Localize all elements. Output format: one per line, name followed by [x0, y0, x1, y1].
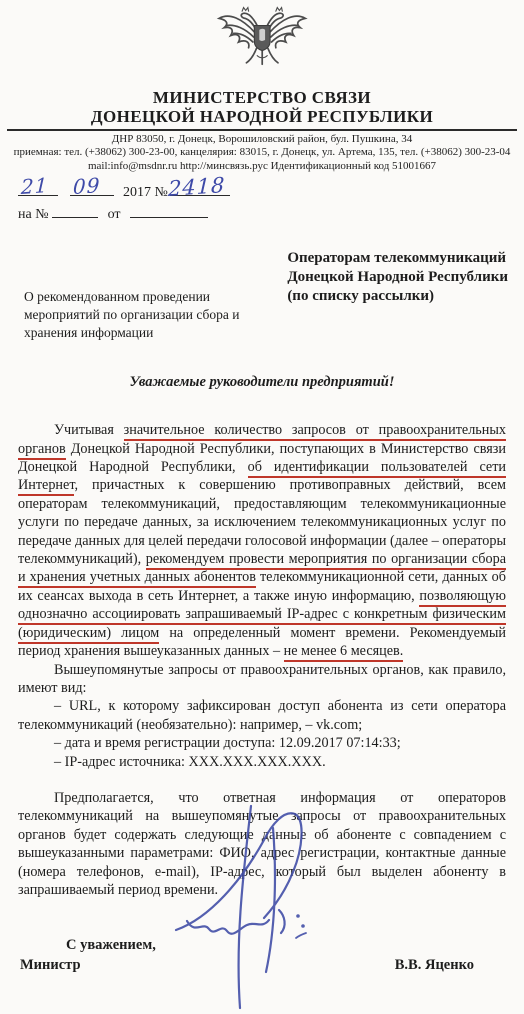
subject-line: мероприятий по организации сбора и [24, 306, 274, 324]
addressee-line: Донецкой Народной Республики [287, 268, 508, 287]
reply-number-blank [52, 203, 98, 218]
body-paragraph: – URL, к которому зафиксирован доступ аб… [18, 697, 506, 734]
handwritten-day: 21 [21, 175, 49, 197]
signer-name: В.В. Яценко [395, 957, 474, 974]
reply-date-blank [130, 203, 208, 218]
body-paragraph: Учитывая значительное количество запросо… [18, 421, 506, 660]
closing-phrase: С уважением, [66, 937, 504, 954]
address-line1: ДНР 83050, г. Донецк, Ворошиловский райо… [0, 133, 524, 146]
address-line3: mail:info@msdnr.ru http://минсвязь.рус И… [0, 160, 524, 173]
handwritten-doc-number: 2418 [168, 175, 226, 199]
text-segment: Учитывая [54, 422, 124, 438]
body-paragraph: Вышеупомянутые запросы от правоохранител… [18, 661, 506, 698]
text-segment: Предполагается, что ответная информация … [18, 790, 506, 898]
reply-reference-line: на № от [18, 203, 278, 225]
subject-line: хранения информации [24, 324, 274, 342]
ministry-title-line2: ДОНЕЦКОЙ НАРОДНОЙ РЕСПУБЛИКИ [0, 107, 524, 126]
subject-line: О рекомендованном проведении [24, 288, 274, 306]
reply-prefix-label: на № [18, 207, 49, 222]
body-paragraph: – IP-адрес источника: XXX.XXX.XXX.XXX. [18, 753, 506, 771]
date-month-blank: 09 [70, 181, 114, 196]
addressee-line: Операторам телекоммуникаций [287, 249, 508, 268]
text-segment: – IP-адрес источника: XXX.XXX.XXX.XXX. [54, 754, 326, 770]
text-segment: – дата и время регистрации доступа: 12.0… [54, 735, 401, 751]
year-number-label: 2017 № [123, 185, 168, 200]
subject-block: О рекомендованном проведении мероприятий… [24, 288, 274, 342]
ministry-title-line1: МИНИСТЕРСТВО СВЯЗИ [0, 88, 524, 107]
date-day-blank: 21 [18, 181, 58, 196]
addressee-block: Операторам телекоммуникаций Донецкой Нар… [287, 249, 508, 306]
salutation: Уважаемые руководители предприятий! [0, 374, 524, 391]
scanned-letter-page: МИНИСТЕРСТВО СВЯЗИ ДОНЕЦКОЙ НАРОДНОЙ РЕС… [0, 0, 524, 1014]
letterhead-emblem [0, 0, 524, 74]
doc-number-blank: 2418 [170, 181, 230, 196]
header-divider [7, 129, 517, 131]
red-underlined-phrase: не менее 6 месяцев. [284, 643, 404, 662]
dnr-coat-of-arms-icon [212, 4, 312, 70]
signer-title: Министр [20, 957, 81, 974]
date-number-line: 21 09 2017 №2418 [18, 181, 278, 203]
text-segment: – URL, к которому зафиксирован доступ аб… [18, 698, 506, 732]
body-paragraph: – дата и время регистрации доступа: 12.0… [18, 734, 506, 752]
text-segment: Вышеупомянутые запросы от правоохранител… [18, 662, 506, 696]
handwritten-month: 09 [72, 175, 100, 197]
reply-from-label: от [108, 207, 121, 222]
addressee-line: (по списку рассылки) [287, 287, 508, 306]
address-line2: приемная: тел. (+38062) 300-23-00, канце… [0, 146, 524, 159]
reference-block: 21 09 2017 №2418 на № от [18, 181, 278, 225]
body-paragraph: Предполагается, что ответная информация … [18, 789, 506, 899]
signature-block: С уважением, Министр В.В. Яценко [20, 937, 504, 974]
letter-body: Учитывая значительное количество запросо… [18, 421, 506, 899]
